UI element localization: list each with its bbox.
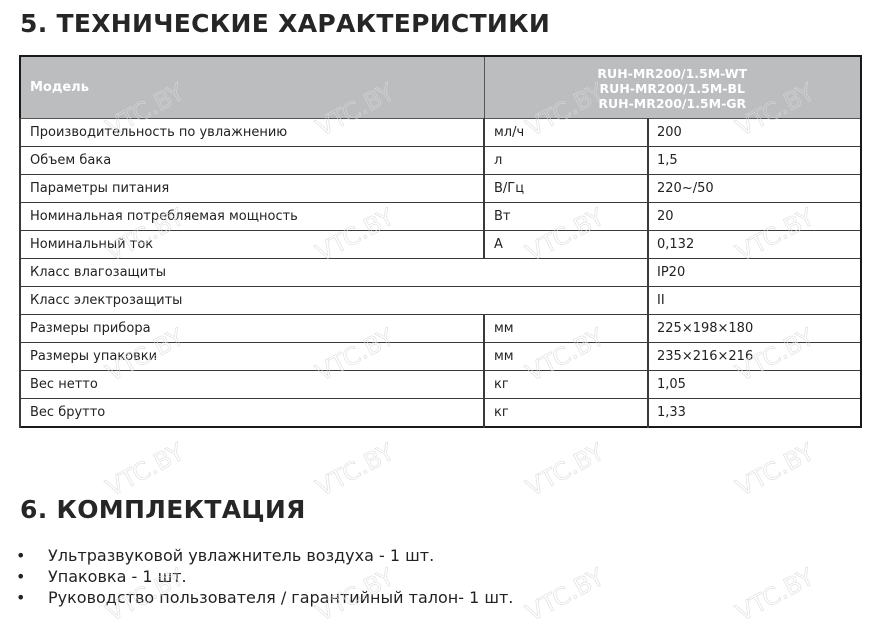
unit-cell: мл/ч — [484, 119, 648, 147]
specs-table-body: Производительность по увлажнениюмл/ч200О… — [20, 119, 861, 428]
list-item-text: Руководство пользователя / гарантийный т… — [48, 588, 513, 607]
value-cell: 1,5 — [648, 147, 861, 175]
unit-cell: Вт — [484, 203, 648, 231]
value-cell: II — [648, 287, 861, 315]
watermark-text: VTC.BY — [521, 563, 608, 625]
table-row: Класс электрозащитыII — [20, 287, 861, 315]
specs-table: Модель RUH-MR200/1.5M-WT RUH-MR200/1.5M-… — [19, 55, 862, 428]
table-row: Вес неттокг1,05 — [20, 371, 861, 399]
bullet-icon: • — [16, 545, 25, 566]
unit-cell: В/Гц — [484, 175, 648, 203]
unit-cell: л — [484, 147, 648, 175]
table-row: Объем бакал1,5 — [20, 147, 861, 175]
param-cell: Параметры питания — [20, 175, 484, 203]
model-name: RUH-MR200/1.5M-BL — [485, 81, 861, 96]
section-title-kit: 6. КОМПЛЕКТАЦИЯ — [20, 497, 306, 522]
value-cell: 200 — [648, 119, 861, 147]
param-cell: Размеры упаковки — [20, 343, 484, 371]
table-row: Производительность по увлажнениюмл/ч200 — [20, 119, 861, 147]
table-row: Параметры питанияВ/Гц220~/50 — [20, 175, 861, 203]
param-cell: Номинальная потребляемая мощность — [20, 203, 484, 231]
value-cell: 235×216×216 — [648, 343, 861, 371]
value-cell: IP20 — [648, 259, 861, 287]
param-cell: Номинальный ток — [20, 231, 484, 259]
unit-cell: кг — [484, 371, 648, 399]
table-row: Номинальный токА0,132 — [20, 231, 861, 259]
param-cell: Вес нетто — [20, 371, 484, 399]
param-cell: Объем бака — [20, 147, 484, 175]
list-item-text: Ультразвуковой увлажнитель воздуха - 1 ш… — [48, 546, 434, 565]
list-item-text: Упаковка - 1 шт. — [48, 567, 187, 586]
value-cell: 225×198×180 — [648, 315, 861, 343]
param-cell: Класс электрозащиты — [20, 287, 648, 315]
table-row: Размеры упаковкимм235×216×216 — [20, 343, 861, 371]
param-cell: Класс влагозащиты — [20, 259, 648, 287]
value-cell: 1,33 — [648, 399, 861, 428]
watermark-text: VTC.BY — [101, 438, 188, 502]
value-cell: 20 — [648, 203, 861, 231]
value-cell: 0,132 — [648, 231, 861, 259]
table-row: Размеры приборамм225×198×180 — [20, 315, 861, 343]
table-header-row: Модель RUH-MR200/1.5M-WT RUH-MR200/1.5M-… — [20, 56, 861, 119]
model-names-cell: RUH-MR200/1.5M-WT RUH-MR200/1.5M-BL RUH-… — [484, 56, 861, 119]
table-row: Класс влагозащитыIP20 — [20, 259, 861, 287]
table-row: Вес бруттокг1,33 — [20, 399, 861, 428]
watermark-text: VTC.BY — [311, 438, 398, 502]
list-item: •Руководство пользователя / гарантийный … — [0, 587, 513, 608]
list-item: •Ультразвуковой увлажнитель воздуха - 1 … — [0, 545, 513, 566]
kit-list: •Ультразвуковой увлажнитель воздуха - 1 … — [0, 545, 513, 608]
bullet-icon: • — [16, 587, 25, 608]
watermark-text: VTC.BY — [731, 438, 818, 502]
model-name: RUH-MR200/1.5M-WT — [485, 66, 861, 81]
unit-cell: А — [484, 231, 648, 259]
unit-cell: мм — [484, 315, 648, 343]
watermark-text: VTC.BY — [731, 563, 818, 625]
model-name: RUH-MR200/1.5M-GR — [485, 96, 861, 111]
unit-cell: кг — [484, 399, 648, 428]
value-cell: 220~/50 — [648, 175, 861, 203]
param-cell: Производительность по увлажнению — [20, 119, 484, 147]
unit-cell: мм — [484, 343, 648, 371]
param-cell: Вес брутто — [20, 399, 484, 428]
param-cell: Размеры прибора — [20, 315, 484, 343]
list-item: •Упаковка - 1 шт. — [0, 566, 513, 587]
value-cell: 1,05 — [648, 371, 861, 399]
watermark-text: VTC.BY — [521, 438, 608, 502]
model-label-cell: Модель — [20, 56, 484, 119]
table-row: Номинальная потребляемая мощностьВт20 — [20, 203, 861, 231]
section-title-specs: 5. ТЕХНИЧЕСКИЕ ХАРАКТЕРИСТИКИ — [20, 11, 550, 36]
bullet-icon: • — [16, 566, 25, 587]
